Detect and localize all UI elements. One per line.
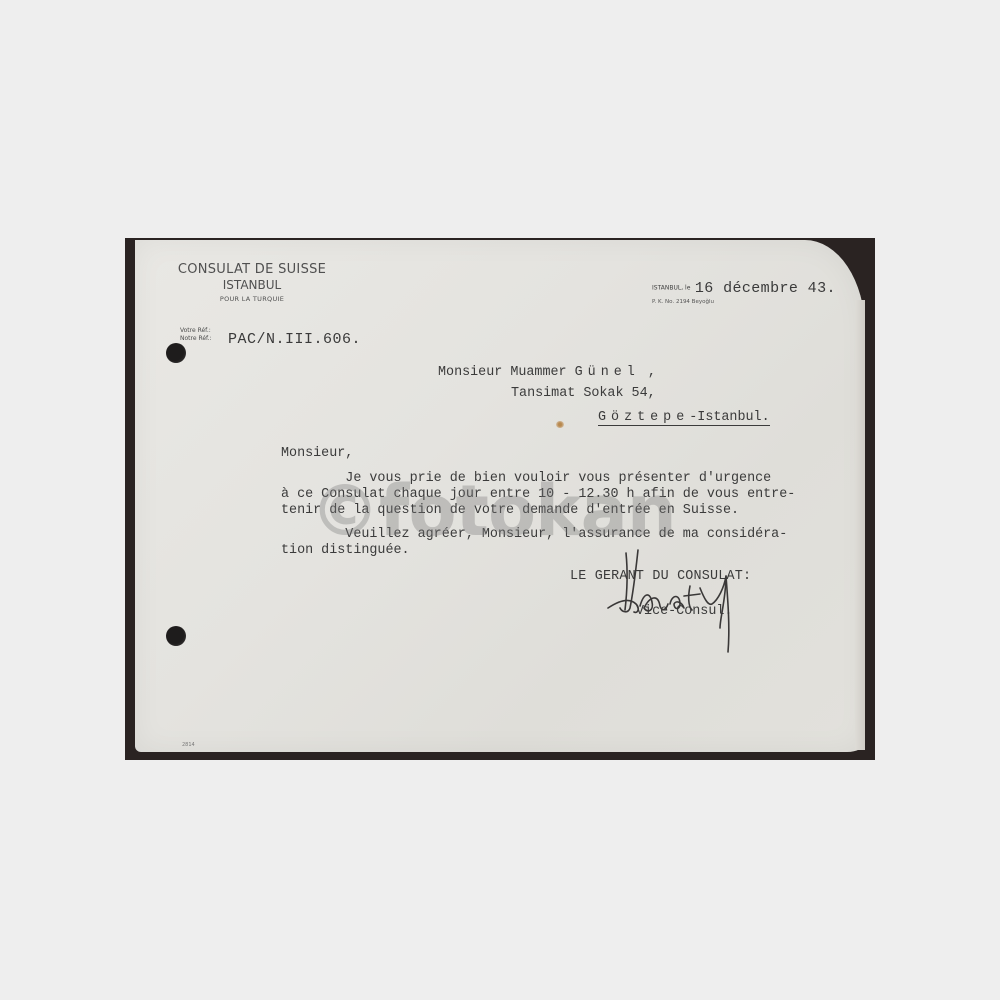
recipient-line-3: Göztepe-Istanbul.	[598, 410, 770, 426]
recipient-line-2: Tansimat Sokak 54,	[511, 386, 656, 402]
po-box: P. K. No. 2194 Beyoğlu	[652, 299, 714, 305]
recipient-line1-suffix: ,	[648, 365, 656, 380]
punch-hole-icon	[166, 626, 186, 646]
date-prefix: ISTANBUL, le	[652, 284, 690, 291]
paragraph-1-line-2: à ce Consulat chaque jour entre 10 - 12.…	[281, 487, 795, 503]
recipient-district: Göztepe	[598, 410, 689, 425]
paragraph-1-line-3: tenir de la question de votre demande d'…	[281, 503, 739, 519]
print-code: 2814	[182, 742, 195, 748]
letterhead-organization: CONSULAT DE SUISSE	[172, 262, 332, 277]
handwritten-signature-icon	[600, 548, 800, 658]
letter-date: 16 décembre 43.	[695, 280, 836, 297]
paper-stain	[556, 421, 564, 428]
dateline: ISTANBUL, le 16 décembre 43.	[652, 279, 836, 297]
greeting: Monsieur,	[281, 446, 353, 462]
our-ref-value: PAC/N.III.606.	[228, 331, 361, 348]
recipient-salutation: Monsieur Muammer	[438, 365, 567, 380]
paragraph-2-line-1: Veuillez agréer, Monsieur, l'assurance d…	[281, 527, 787, 543]
letterhead-city: ISTANBUL	[172, 278, 332, 292]
letterhead-subtitle: POUR LA TURQUIE	[172, 295, 332, 303]
reference-block: Votre Réf.: Notre Réf.: PAC/N.III.606.	[180, 327, 212, 343]
letterhead: CONSULAT DE SUISSE ISTANBUL POUR LA TURQ…	[172, 262, 332, 303]
recipient-city: -Istanbul.	[689, 410, 769, 425]
paper-edge	[855, 300, 865, 750]
paragraph-1-line-1: Je vous prie de bien vouloir vous présen…	[281, 471, 771, 487]
our-ref-label: Notre Réf.:	[180, 335, 212, 343]
your-ref-label: Votre Réf.:	[180, 327, 212, 335]
recipient-line-1: Monsieur Muammer Günel ,	[438, 365, 656, 381]
recipient-surname: Günel	[575, 365, 640, 380]
punch-hole-icon	[166, 343, 186, 363]
paragraph-2-line-2: tion distinguée.	[281, 543, 410, 559]
